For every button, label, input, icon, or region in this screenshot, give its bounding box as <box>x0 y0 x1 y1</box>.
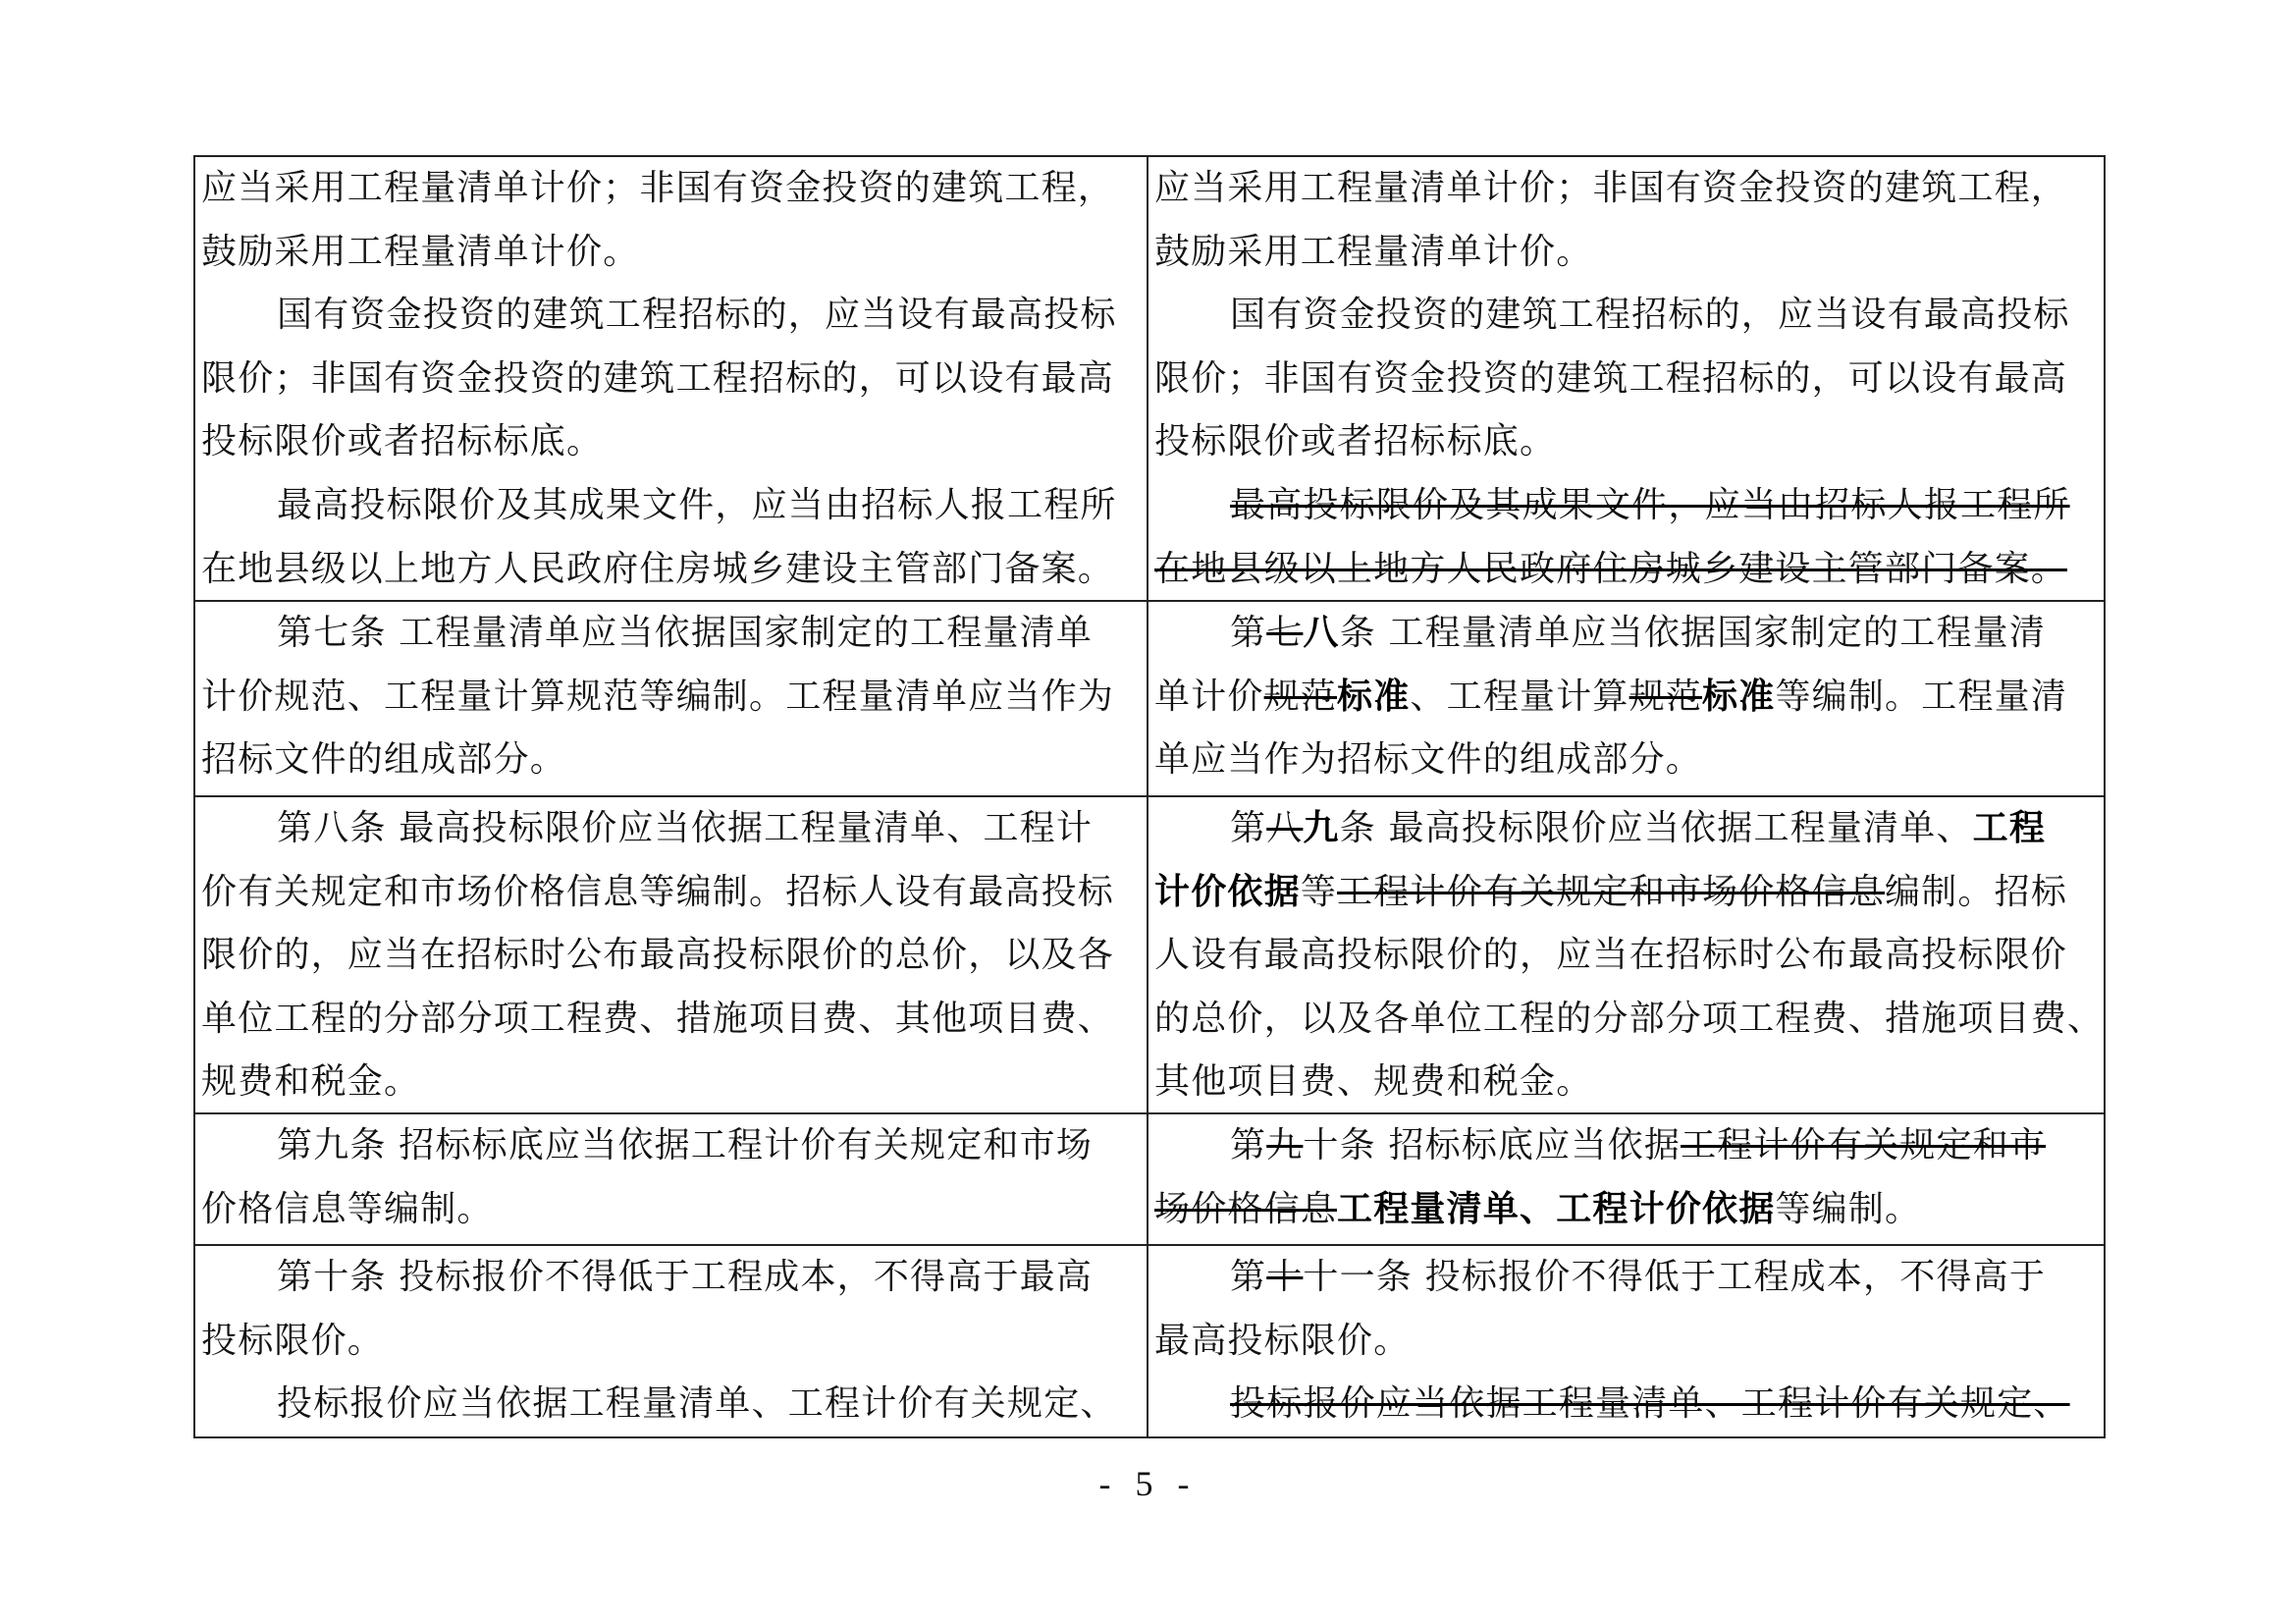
deleted-text: 工程计价有关规定和市 <box>1681 1125 2046 1165</box>
text-segment: 在地县级以上地方人民政府住房城乡建设主管部门备案。 <box>201 549 1114 589</box>
text-line: 投标限价。 <box>201 1310 1143 1374</box>
text-segment: 规费和税金。 <box>201 1061 420 1102</box>
text-segment: 其他项目费、规费和税金。 <box>1154 1061 1592 1102</box>
text-line: 投标报价应当依据工程量清单、工程计价有关规定、 <box>201 1373 1143 1436</box>
row-article-6-continued: 应当采用工程量清单计价；非国有资金投资的建筑工程，鼓励采用工程量清单计价。国有资… <box>195 157 2104 602</box>
text-segment: 等编制。 <box>1775 1189 1921 1229</box>
text-line: 的总价，以及各单位工程的分部分项工程费、措施项目费、 <box>1154 988 2098 1052</box>
text-segment: 限价的，应当在招标时公布最高投标限价的总价，以及各 <box>201 935 1114 975</box>
text-segment: 投标报价应当依据工程量清单、工程计价有关规定、 <box>277 1383 1117 1424</box>
text-line: 第八条 最高投标限价应当依据工程量清单、工程计 <box>201 797 1143 861</box>
text-segment: 编制。招标 <box>1885 872 2067 912</box>
text-segment: 人设有最高投标限价的，应当在招标时公布最高投标限价 <box>1154 935 2067 975</box>
text-line: 第九条 招标标底应当依据工程计价有关规定和市场 <box>201 1114 1143 1178</box>
revised-text-cell: 第十十一条 投标报价不得低于工程成本，不得高于最高投标限价。投标报价应当依据工程… <box>1148 1246 2102 1436</box>
text-line: 应当采用工程量清单计价；非国有资金投资的建筑工程， <box>1154 157 2098 221</box>
text-line: 投标报价应当依据工程量清单、工程计价有关规定、 <box>1154 1373 2098 1436</box>
deleted-text: 九 <box>1266 1125 1303 1165</box>
row-article-10: 第十条 投标报价不得低于工程成本，不得高于最高投标限价。投标报价应当依据工程量清… <box>195 1246 2104 1438</box>
text-segment: 第七条 工程量清单应当依据国家制定的工程量清单 <box>277 613 1093 653</box>
text-line: 投标限价或者招标标底。 <box>201 410 1143 474</box>
text-line: 单位工程的分部分项工程费、措施项目费、其他项目费、 <box>201 988 1143 1052</box>
text-line: 第九十条 招标标底应当依据工程计价有关规定和市 <box>1154 1114 2098 1178</box>
text-segment: 第九条 招标标底应当依据工程计价有关规定和市场 <box>277 1125 1093 1165</box>
text-segment: 单应当作为招标文件的组成部分。 <box>1154 739 1702 780</box>
text-line: 鼓励采用工程量清单计价。 <box>201 221 1143 285</box>
text-segment: 国有资金投资的建筑工程招标的，应当设有最高投标 <box>1230 295 2070 335</box>
row-article-7: 第七条 工程量清单应当依据国家制定的工程量清单计价规范、工程量计算规范等编制。工… <box>195 602 2104 797</box>
text-segment: 条 工程量清单应当依据国家制定的工程量清 <box>1340 613 2046 653</box>
text-line: 其他项目费、规费和税金。 <box>1154 1051 2098 1112</box>
text-segment: 价有关规定和市场价格信息等编制。招标人设有最高投标 <box>201 872 1114 912</box>
text-line: 限价；非国有资金投资的建筑工程招标的，可以设有最高 <box>1154 348 2098 411</box>
text-segment: 第十条 投标报价不得低于工程成本，不得高于最高 <box>277 1257 1093 1297</box>
document-page: 应当采用工程量清单计价；非国有资金投资的建筑工程，鼓励采用工程量清单计价。国有资… <box>0 0 2296 1624</box>
text-line: 价有关规定和市场价格信息等编制。招标人设有最高投标 <box>201 861 1143 925</box>
text-segment: 应当采用工程量清单计价；非国有资金投资的建筑工程， <box>1154 168 2067 208</box>
text-line: 价格信息等编制。 <box>201 1178 1143 1242</box>
text-segment: 投标限价或者招标标底。 <box>1154 421 1556 461</box>
deleted-text: 在地县级以上地方人民政府住房城乡建设主管部门备案。 <box>1154 549 2067 589</box>
text-line: 第八九条 最高投标限价应当依据工程量清单、工程 <box>1154 797 2098 861</box>
original-text-cell: 第八条 最高投标限价应当依据工程量清单、工程计价有关规定和市场价格信息等编制。招… <box>195 797 1148 1112</box>
text-segment: 十一条 投标报价不得低于工程成本，不得高于 <box>1303 1257 2046 1297</box>
revised-text-cell: 应当采用工程量清单计价；非国有资金投资的建筑工程，鼓励采用工程量清单计价。国有资… <box>1148 157 2102 600</box>
text-line: 第十条 投标报价不得低于工程成本，不得高于最高 <box>201 1246 1143 1310</box>
text-segment: 等 <box>1301 872 1337 912</box>
text-segment: 投标限价或者招标标底。 <box>201 421 603 461</box>
inserted-text: 标准 <box>1337 677 1410 717</box>
text-segment: 最高投标限价及其成果文件，应当由招标人报工程所 <box>277 485 1117 525</box>
text-line: 单应当作为招标文件的组成部分。 <box>1154 729 2098 792</box>
inserted-text: 标准 <box>1702 677 1775 717</box>
original-text-cell: 第九条 招标标底应当依据工程计价有关规定和市场价格信息等编制。 <box>195 1114 1148 1244</box>
text-line: 限价；非国有资金投资的建筑工程招标的，可以设有最高 <box>201 348 1143 411</box>
text-segment: 第 <box>1230 808 1266 848</box>
text-line: 应当采用工程量清单计价；非国有资金投资的建筑工程， <box>201 157 1143 221</box>
inserted-text: 工程 <box>1973 808 2046 848</box>
text-segment: 第 <box>1230 613 1266 653</box>
inserted-text: 八 <box>1303 613 1339 653</box>
text-segment: 国有资金投资的建筑工程招标的，应当设有最高投标 <box>277 295 1117 335</box>
text-segment: 价格信息等编制。 <box>201 1189 494 1229</box>
text-line: 在地县级以上地方人民政府住房城乡建设主管部门备案。 <box>201 538 1143 600</box>
text-line: 人设有最高投标限价的，应当在招标时公布最高投标限价 <box>1154 924 2098 988</box>
original-text-cell: 第七条 工程量清单应当依据国家制定的工程量清单计价规范、工程量计算规范等编制。工… <box>195 602 1148 795</box>
text-segment: 最高投标限价。 <box>1154 1321 1410 1361</box>
inserted-text: 九 <box>1303 808 1339 848</box>
inserted-text: 工程量清单、工程计价依据 <box>1337 1189 1775 1229</box>
text-line: 第七八条 工程量清单应当依据国家制定的工程量清 <box>1154 602 2098 666</box>
text-segment: 投标限价。 <box>201 1321 384 1361</box>
deleted-text: 七 <box>1266 613 1303 653</box>
text-segment: 第 <box>1230 1257 1266 1297</box>
text-segment: 限价；非国有资金投资的建筑工程招标的，可以设有最高 <box>201 358 1114 399</box>
deleted-text: 投标报价应当依据工程量清单、工程计价有关规定、 <box>1230 1383 2070 1424</box>
text-segment: 限价；非国有资金投资的建筑工程招标的，可以设有最高 <box>1154 358 2067 399</box>
row-article-9: 第九条 招标标底应当依据工程计价有关规定和市场价格信息等编制。第九十条 招标标底… <box>195 1114 2104 1246</box>
text-segment: 招标文件的组成部分。 <box>201 739 566 780</box>
text-line: 第十十一条 投标报价不得低于工程成本，不得高于 <box>1154 1246 2098 1310</box>
deleted-text: 场价格信息 <box>1154 1189 1337 1229</box>
text-line: 最高投标限价及其成果文件，应当由招标人报工程所 <box>1154 474 2098 538</box>
original-text-cell: 第十条 投标报价不得低于工程成本，不得高于最高投标限价。投标报价应当依据工程量清… <box>195 1246 1148 1436</box>
deleted-text: 工程计价有关规定和市场价格信息 <box>1337 872 1885 912</box>
text-line: 场价格信息工程量清单、工程计价依据等编制。 <box>1154 1178 2098 1242</box>
revised-text-cell: 第七八条 工程量清单应当依据国家制定的工程量清单计价规范标准、工程量计算规范标准… <box>1148 602 2102 795</box>
text-line: 最高投标限价及其成果文件，应当由招标人报工程所 <box>201 474 1143 538</box>
text-line: 限价的，应当在招标时公布最高投标限价的总价，以及各 <box>201 924 1143 988</box>
text-line: 鼓励采用工程量清单计价。 <box>1154 221 2098 285</box>
text-line: 第七条 工程量清单应当依据国家制定的工程量清单 <box>201 602 1143 666</box>
deleted-text: 八 <box>1266 808 1303 848</box>
text-line: 计价规范、工程量计算规范等编制。工程量清单应当作为 <box>201 666 1143 730</box>
text-line: 单计价规范标准、工程量计算规范标准等编制。工程量清 <box>1154 666 2098 730</box>
text-segment: 的总价，以及各单位工程的分部分项工程费、措施项目费、 <box>1154 999 2102 1039</box>
text-line: 最高投标限价。 <box>1154 1310 2098 1374</box>
text-line: 国有资金投资的建筑工程招标的，应当设有最高投标 <box>201 284 1143 348</box>
deleted-text: 十 <box>1266 1257 1303 1297</box>
text-line: 计价依据等工程计价有关规定和市场价格信息编制。招标 <box>1154 861 2098 925</box>
inserted-text: 计价依据 <box>1154 872 1301 912</box>
revised-text-cell: 第九十条 招标标底应当依据工程计价有关规定和市场价格信息工程量清单、工程计价依据… <box>1148 1114 2102 1244</box>
text-segment: 应当采用工程量清单计价；非国有资金投资的建筑工程， <box>201 168 1114 208</box>
original-text-cell: 应当采用工程量清单计价；非国有资金投资的建筑工程，鼓励采用工程量清单计价。国有资… <box>195 157 1148 600</box>
text-segment: 单计价 <box>1154 677 1264 717</box>
text-segment: 计价规范、工程量计算规范等编制。工程量清单应当作为 <box>201 677 1114 717</box>
deleted-text: 规范 <box>1264 677 1337 717</box>
row-article-8: 第八条 最高投标限价应当依据工程量清单、工程计价有关规定和市场价格信息等编制。招… <box>195 797 2104 1114</box>
text-segment: 、工程量计算 <box>1410 677 1629 717</box>
text-line: 招标文件的组成部分。 <box>201 729 1143 792</box>
text-segment: 第八条 最高投标限价应当依据工程量清单、工程计 <box>277 808 1093 848</box>
text-line: 在地县级以上地方人民政府住房城乡建设主管部门备案。 <box>1154 538 2098 600</box>
text-segment: 条 最高投标限价应当依据工程量清单、 <box>1340 808 1973 848</box>
text-line: 国有资金投资的建筑工程招标的，应当设有最高投标 <box>1154 284 2098 348</box>
deleted-text: 规范 <box>1629 677 1702 717</box>
text-segment: 鼓励采用工程量清单计价。 <box>201 232 639 272</box>
text-segment: 第 <box>1230 1125 1266 1165</box>
revised-text-cell: 第八九条 最高投标限价应当依据工程量清单、工程计价依据等工程计价有关规定和市场价… <box>1148 797 2102 1112</box>
deleted-text: 最高投标限价及其成果文件，应当由招标人报工程所 <box>1230 485 2070 525</box>
text-line: 投标限价或者招标标底。 <box>1154 410 2098 474</box>
text-segment: 单位工程的分部分项工程费、措施项目费、其他项目费、 <box>201 999 1114 1039</box>
text-segment: 鼓励采用工程量清单计价。 <box>1154 232 1592 272</box>
text-segment: 等编制。工程量清 <box>1775 677 2067 717</box>
page-number: - 5 - <box>0 1463 2296 1504</box>
text-segment: 十条 招标标底应当依据 <box>1303 1125 1681 1165</box>
comparison-table: 应当采用工程量清单计价；非国有资金投资的建筑工程，鼓励采用工程量清单计价。国有资… <box>193 155 2106 1438</box>
text-line: 规费和税金。 <box>201 1051 1143 1112</box>
